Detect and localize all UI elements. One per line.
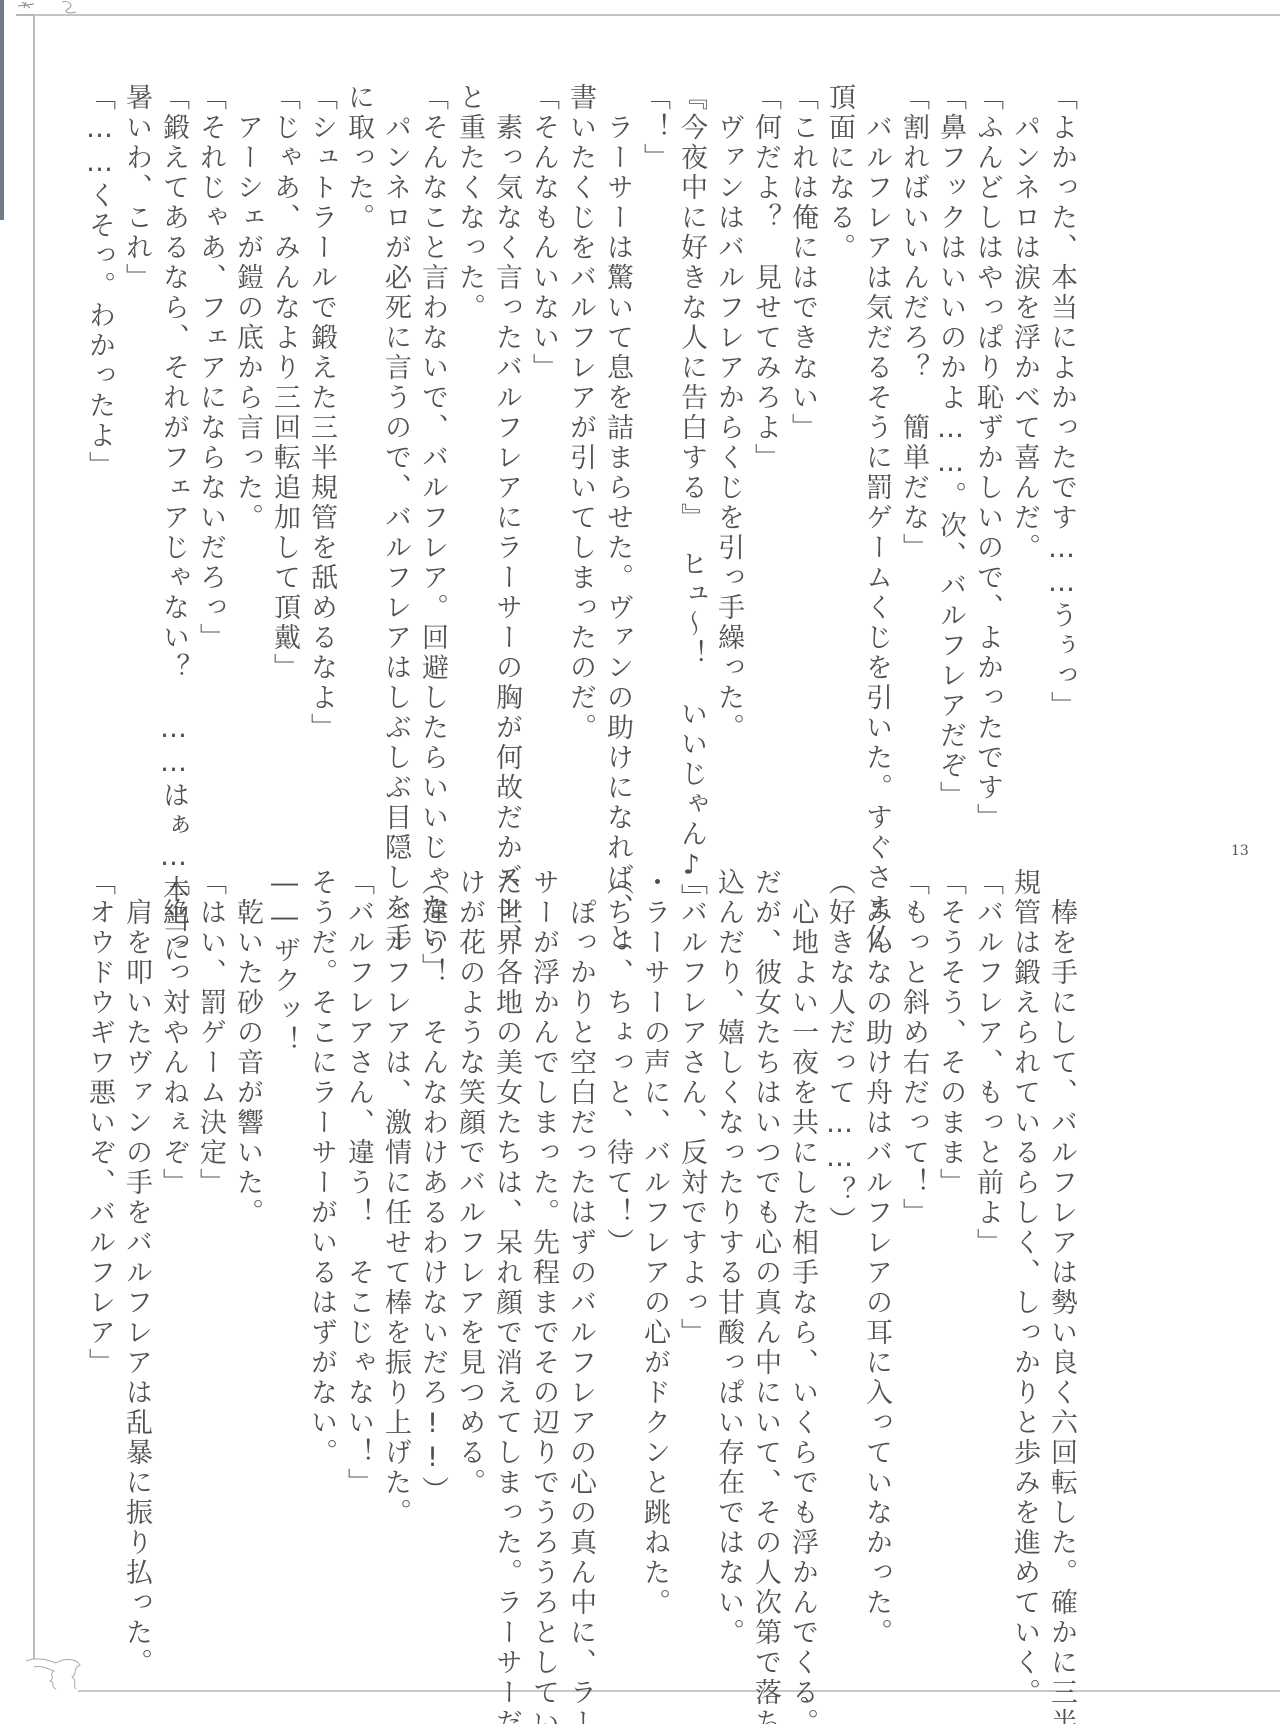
text-line: 「絶っっ対やんねぇぞ」 [155,868,192,1588]
text-line: 「鍛えてあるなら、それがフェアじゃない？ ……はぁ…本当に [155,83,192,803]
corner-doodle-icon [0,0,90,20]
text-line: けが花のような笑顔でバルフレアを見つめる。 [451,868,488,1588]
text-line: バルフレアは、激情に任せて棒を振り上げた。 [377,868,414,1588]
text-line: 「もっと斜め右だって！」 [895,868,932,1588]
text-line: 「バルフレアさん、違う！ そこじゃない！」 [340,868,377,1588]
text-line: バルフレアは気だるそうに罰ゲームくじを引いた。すぐさま仏 [858,83,895,803]
text-line: に取った。 [340,83,377,803]
text-line: ラーサーは驚いて息を詰まらせた。ヴァンの助けになれば、と [599,83,636,803]
text-line: 「これは俺にはできない」 [784,83,821,803]
text-line: アーシェが鎧の底から言った。 [229,83,266,803]
page-number: 13 [1231,843,1249,859]
text-line: 「バルフレア、もっと前よ」 [969,868,1006,1588]
text-line: 「バルフレアさん、反対ですよっ」 [673,868,710,1588]
corner-doodle-icon [20,1655,90,1695]
text-line: パンネロが必死に言うので、バルフレアはしぶしぶ目隠しを手 [377,83,414,803]
text-line: 「ふんどしはやっぱり恥ずかしいので、よかったです」 [969,83,1006,803]
text-line: 規管は鍛えられているらしく、しっかりと歩みを進めていく。 [1006,868,1043,1588]
text-line: 「何だよ？ 見せてみろよ」 [747,83,784,803]
text-line: （違う！ そんなわけあるわけないだろ!!） [414,868,451,1588]
text-line: 乾いた砂の音が響いた。 [229,868,266,1588]
text-line: ぽっかりと空白だったはずのバルフレアの心の真ん中に、ラー [562,868,599,1588]
text-line: ――ザクッ！ [266,868,303,1588]
text-line: 「そんなもんいない」 [525,83,562,803]
text-line: 込んだり、嬉しくなったりする甘酸っぱい存在ではない。 [710,868,747,1588]
text-line: 「そうそう、そのまま」 [932,868,969,1588]
text-line: 肩を叩いたヴァンの手をバルフレアは乱暴に振り払った。 [118,868,155,1588]
text-line: 『今夜中に好きな人に告白する』 ヒュ～！ いいじゃん♪」 [673,83,710,803]
page-border-top [16,14,1280,16]
text-line: 暑いわ、これ」 [118,83,155,803]
text-line: た世界各地の美女たちは、呆れ顔で消えてしまった。ラーサーだ [488,868,525,1588]
text-line: 頂面になる。 [821,83,858,803]
text-line: ・ラーサーの声に、バルフレアの心がドクンと跳ねた。 [636,868,673,1588]
scan-edge-shadow [0,0,4,220]
text-line: パンネロは涙を浮かべて喜んだ。 [1006,83,1043,803]
text-line: 書いたくじをバルフレアが引いてしまったのだ。 [562,83,599,803]
text-line: 「じゃあ、みんなより三回転追加して頂戴」 [266,83,303,803]
text-line: 「それじゃあ、フェアにならないだろっ」 [192,83,229,803]
text-line: だが、彼女たちはいつでも心の真ん中にいて、その人次第で落ち [747,868,784,1588]
text-line: 心地よい一夜を共にした相手なら、いくらでも浮かんでくる。 [784,868,821,1588]
text-line: 「割ればいいんだろ？ 簡単だな」 [895,83,932,803]
text-line: 棒を手にして、バルフレアは勢い良く六回転した。確かに三半 [1043,868,1080,1588]
text-line: 「！」 [636,83,673,803]
text-line: サーが浮かんでしまった。先程までその辺りでうろうろとしてい [525,868,562,1588]
text-line: （ちょ、ちょっと、待て！） [599,868,636,1588]
text-line: 「よかった、本当によかったです……うぅっ」 [1043,83,1080,803]
text-line: （好きな人だって……？） [821,868,858,1588]
text-line: 「鼻フックはいいのかよ……。次、バルフレアだぞ」 [932,83,969,803]
text-line: 素っ気なく言ったバルフレアにラーサーの胸が何故だかズン、 [488,83,525,803]
text-block-bottom: 棒を手にして、バルフレアは勢い良く六回転した。確かに三半 規管は鍛えられているら… [100,868,1080,1588]
text-line: 「はい、罰ゲーム決定」 [192,868,229,1588]
text-line: 「オウドウギワ悪いぞ、バルフレア」 [81,868,118,1588]
text-block-top: 「よかった、本当によかったです……うぅっ」 パンネロは涙を浮かべて喜んだ。 「ふ… [100,83,1080,803]
text-line: そうだ。そこにラーサーがいるはずがない。 [303,868,340,1588]
text-line: と重たくなった。 [451,83,488,803]
page-border-left [33,14,35,1659]
text-line: みんなの助け舟はバルフレアの耳に入っていなかった。 [858,868,895,1588]
text-line: 「そんなこと言わないで、バルフレア。回避したらいいじゃない」 [414,83,451,803]
text-line: ヴァンはバルフレアからくじを引っ手繰った。 [710,83,747,803]
text-line: 「シュトラールで鍛えた三半規管を舐めるなよ」 [303,83,340,803]
text-line: 「……くそっ。わかったよ」 [81,83,118,803]
page-border-bottom [78,1690,1280,1692]
